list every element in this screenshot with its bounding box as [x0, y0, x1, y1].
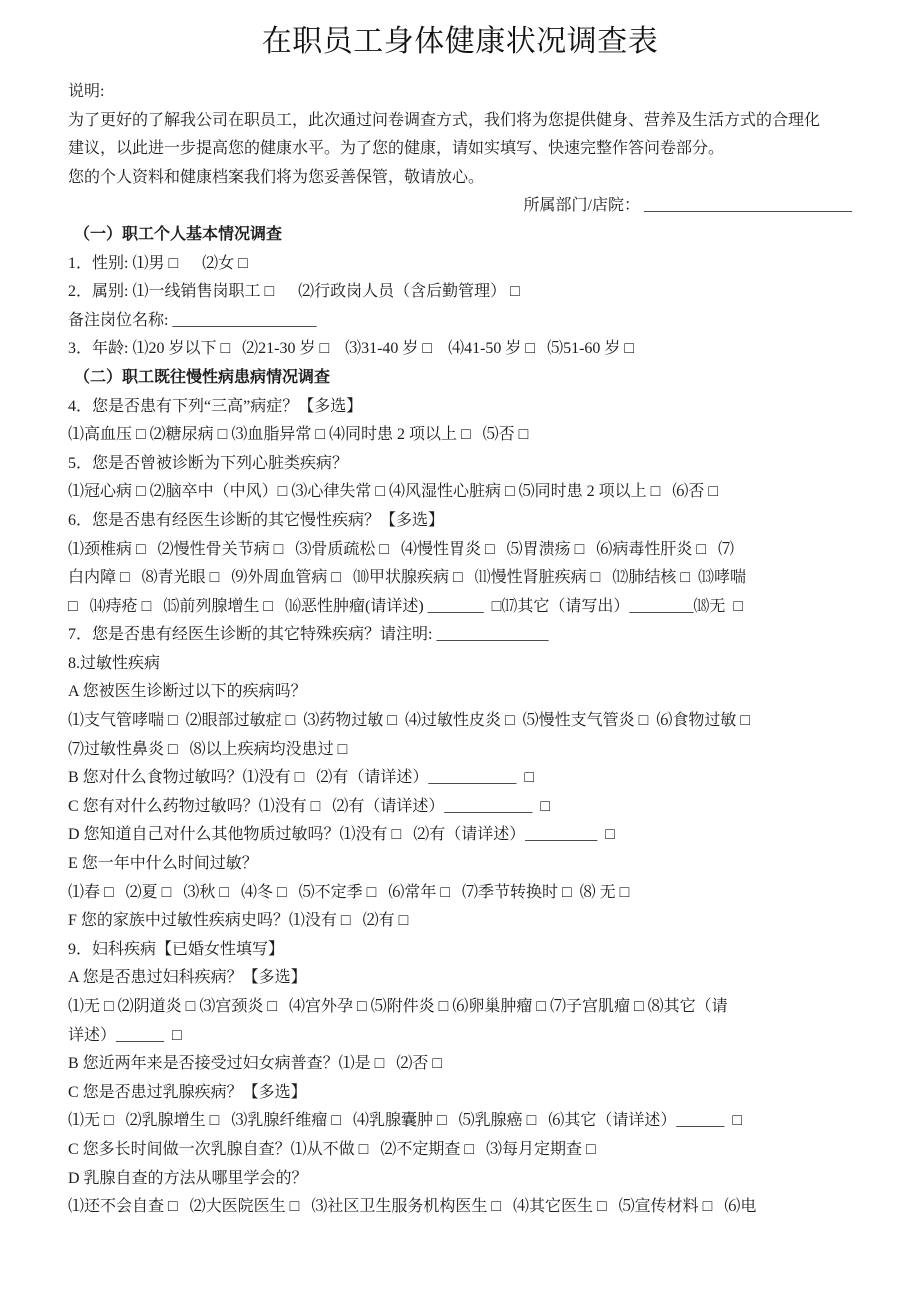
q6-chronic-disease: 6．您是否患有经医生诊断的其它慢性疾病？【多选】	[68, 507, 852, 536]
q9a-options-row-1: ⑴无 □ ⑵阴道炎 □ ⑶宫颈炎 □ ⑷宫外孕 □ ⑸附件炎 □ ⑹卵巢肿瘤 □…	[68, 993, 852, 1022]
q9d-options: ⑴还不会自查 □ ⑵大医院医生 □ ⑶社区卫生服务机构医生 □ ⑷其它医生 □ …	[68, 1193, 852, 1222]
q9b-screening: B 您近两年来是否接受过妇女病普查？⑴是 □ ⑵否 □	[68, 1050, 852, 1079]
q9c-self-exam-frequency: C 您多长时间做一次乳腺自查？⑴从不做 □ ⑵不定期查 □ ⑶每月定期查 □	[68, 1136, 852, 1165]
intro-line-2: 建议，以此进一步提高您的健康水平。为了您的健康，请如实填写、快速完整作答问卷部分…	[68, 135, 852, 164]
q9c-options: ⑴无 □ ⑵乳腺增生 □ ⑶乳腺纤维瘤 □ ⑷乳腺囊肿 □ ⑸乳腺癌 □ ⑹其它…	[68, 1107, 852, 1136]
q9a-options-row-2: 详述）______ □	[68, 1022, 852, 1051]
document-page: 在职员工身体健康状况调查表 说明: 为了更好的了解我公司在职员工，此次通过问卷调…	[0, 0, 920, 1302]
q5-options: ⑴冠心病 □ ⑵脑卒中（中风）□ ⑶心律失常 □ ⑷风湿性心脏病 □ ⑸同时患 …	[68, 478, 852, 507]
section-2-header: （二）职工既往慢性病患病情况调查	[68, 364, 852, 393]
q8a-options-row-1: ⑴支气管哮喘 □ ⑵眼部过敏症 □ ⑶药物过敏 □ ⑷过敏性皮炎 □ ⑸慢性支气…	[68, 707, 852, 736]
q3-age: 3．年龄: ⑴20 岁以下 □ ⑵21-30 岁 □ ⑶31-40 岁 □ ⑷4…	[68, 335, 852, 364]
q6-options-row-3: □ ⒁痔疮 □ ⒂前列腺增生 □ ⒃恶性肿瘤(请详述) _______ □⒄其它…	[68, 593, 852, 622]
intro-line-3: 您的个人资料和健康档案我们将为您妥善保管，敬请放心。	[68, 164, 852, 193]
section-1-header: （一）职工个人基本情况调查	[68, 221, 852, 250]
q8b-food-allergy: B 您对什么食物过敏吗？⑴没有 □ ⑵有（请详述）___________ □	[68, 764, 852, 793]
q9-gynecology-header: 9．妇科疾病【已婚女性填写】	[68, 936, 852, 965]
q9d-self-exam-source: D 乳腺自查的方法从哪里学会的？	[68, 1165, 852, 1194]
department-blank-line: 所属部门/店院： __________________________	[68, 192, 852, 221]
q5-heart-disease: 5．您是否曾被诊断为下列心脏类疾病？	[68, 450, 852, 479]
q9a-gyn-disease: A 您是否患过妇科疾病？【多选】	[68, 964, 852, 993]
q4-options: ⑴高血压 □ ⑵糖尿病 □ ⑶血脂异常 □ ⑷同时患 2 项以上 □ ⑸否 □	[68, 421, 852, 450]
intro-line-1: 为了更好的了解我公司在职员工，此次通过问卷调查方式，我们将为您提供健身、营养及生…	[68, 107, 852, 136]
q8d-other-allergy: D 您知道自己对什么其他物质过敏吗？⑴没有 □ ⑵有（请详述）_________…	[68, 821, 852, 850]
q8a-options-row-2: ⑺过敏性鼻炎 □ ⑻以上疾病均没患过 □	[68, 736, 852, 765]
q7-special-disease-blank: 7．您是否患有经医生诊断的其它特殊疾病？请注明: ______________	[68, 621, 852, 650]
q8e-options: ⑴春 □ ⑵夏 □ ⑶秋 □ ⑷冬 □ ⑸不定季 □ ⑹常年 □ ⑺季节转换时 …	[68, 879, 852, 908]
q8f-family-history: F 您的家族中过敏性疾病史吗？⑴没有 □ ⑵有 □	[68, 907, 852, 936]
q8a-diagnosed: A 您被医生诊断过以下的疾病吗？	[68, 678, 852, 707]
q1-gender: 1．性别: ⑴男 □ ⑵女 □	[68, 250, 852, 279]
q8e-allergy-season: E 您一年中什么时间过敏？	[68, 850, 852, 879]
q6-options-row-2: 白内障 □ ⑻青光眼 □ ⑼外周血管病 □ ⑽甲状腺疾病 □ ⑾慢性肾脏疾病 □…	[68, 564, 852, 593]
q2-category: 2．属别: ⑴一线销售岗职工 □ ⑵行政岗人员（含后勤管理） □	[68, 278, 852, 307]
q9c-breast-disease: C 您是否患过乳腺疾病？【多选】	[68, 1079, 852, 1108]
page-title: 在职员工身体健康状况调查表	[68, 22, 852, 62]
q6-options-row-1: ⑴颈椎病 □ ⑵慢性骨关节病 □ ⑶骨质疏松 □ ⑷慢性胃炎 □ ⑸胃溃疡 □ …	[68, 536, 852, 565]
q4-three-high: 4．您是否患有下列“三高”病症？【多选】	[68, 393, 852, 422]
q2-position-note-blank: 备注岗位名称: __________________	[68, 307, 852, 336]
q8c-drug-allergy: C 您有对什么药物过敏吗？⑴没有 □ ⑵有（请详述）___________ □	[68, 793, 852, 822]
q8-allergy-header: 8.过敏性疾病	[68, 650, 852, 679]
intro-label: 说明:	[68, 78, 852, 107]
